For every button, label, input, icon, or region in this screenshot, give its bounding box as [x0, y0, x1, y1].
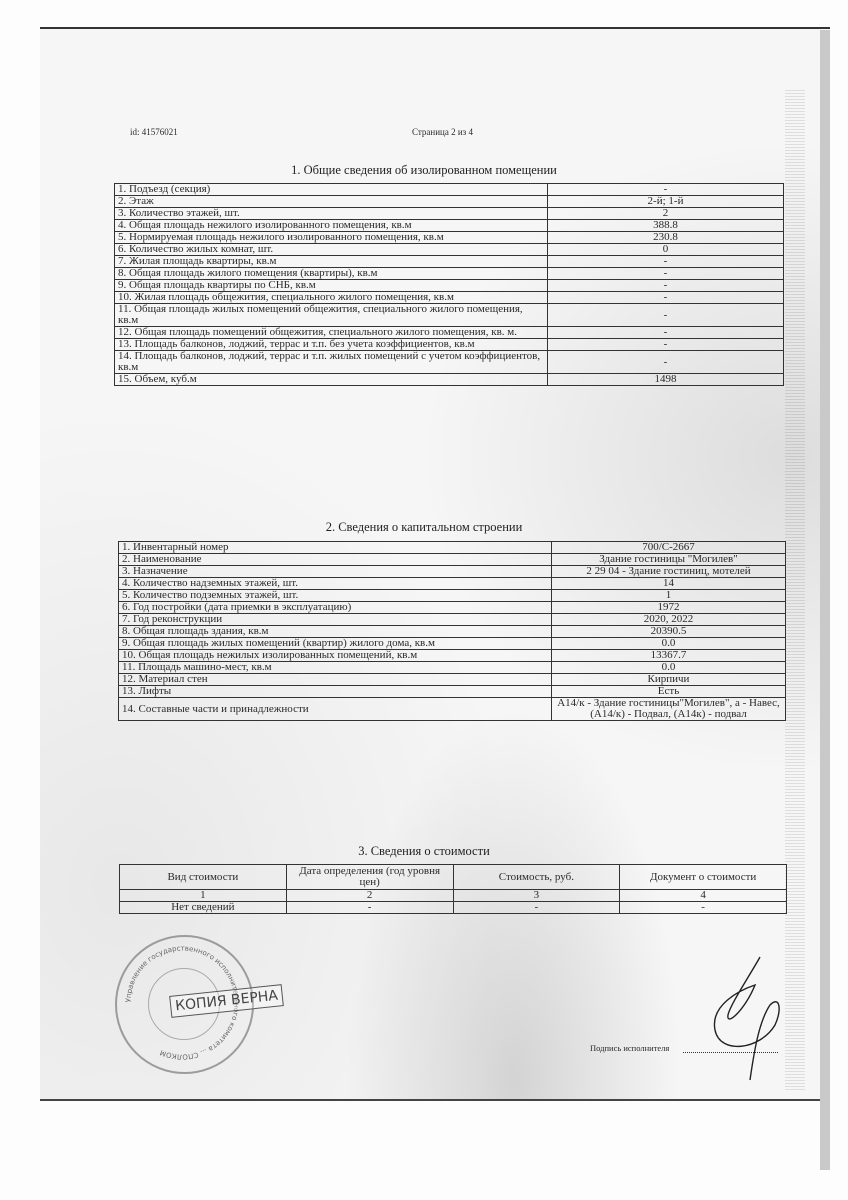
table-row: 3. Количество этажей, шт.2 [115, 208, 784, 220]
table-row: Нет сведений--- [120, 902, 787, 914]
row-label: 5. Количество подземных этажей, шт. [119, 590, 552, 602]
row-label: 11. Площадь машино-мест, кв.м [119, 662, 552, 674]
table-cell: Нет сведений [120, 902, 287, 914]
table-row: 10. Жилая площадь общежития, специальног… [115, 292, 784, 304]
table-row: 1234 [120, 890, 787, 902]
row-label: 4. Общая площадь нежилого изолированного… [115, 220, 548, 232]
row-label: 4. Количество надземных этажей, шт. [119, 578, 552, 590]
row-value: 13367.7 [552, 650, 786, 662]
row-value: 20390.5 [552, 626, 786, 638]
table-row: 1. Инвентарный номер700/С-2667 [119, 542, 786, 554]
row-value: 388.8 [548, 220, 784, 232]
table-row: 8. Общая площадь здания, кв.м20390.5 [119, 626, 786, 638]
table-row: 4. Общая площадь нежилого изолированного… [115, 220, 784, 232]
table-row: 15. Объем, куб.м1498 [115, 374, 784, 386]
table-row: 3. Назначение2 29 04 - Здание гостиниц, … [119, 566, 786, 578]
table-row: 12. Материал стенКирпичи [119, 674, 786, 686]
row-label: 7. Год реконструкции [119, 614, 552, 626]
table-cell: 2 [286, 890, 453, 902]
document-id: id: 41576021 [130, 127, 178, 137]
row-value: 230.8 [548, 232, 784, 244]
row-label: 5. Нормируемая площадь нежилого изолиров… [115, 232, 548, 244]
row-label: 9. Общая площадь жилых помещений (кварти… [119, 638, 552, 650]
table-row: 4. Количество надземных этажей, шт.14 [119, 578, 786, 590]
row-value: Здание гостиницы "Могилев" [552, 554, 786, 566]
row-value: 0.0 [552, 638, 786, 650]
row-value: 2 29 04 - Здание гостиниц, мотелей [552, 566, 786, 578]
row-label: 10. Общая площадь нежилых изолированных … [119, 650, 552, 662]
row-label: 12. Общая площадь помещений общежития, с… [115, 327, 548, 339]
row-label: 13. Лифты [119, 686, 552, 698]
row-value: 1 [552, 590, 786, 602]
table-row: 5. Количество подземных этажей, шт.1 [119, 590, 786, 602]
column-header: Стоимость, руб. [453, 865, 620, 890]
row-value: Кирпичи [552, 674, 786, 686]
isolated-premises-table: 1. Подъезд (секция)-2. Этаж2-й; 1-й3. Ко… [114, 183, 784, 386]
row-label: 12. Материал стен [119, 674, 552, 686]
table-row: 1. Подъезд (секция)- [115, 184, 784, 196]
row-label: 3. Количество этажей, шт. [115, 208, 548, 220]
row-value: 700/С-2667 [552, 542, 786, 554]
row-label: 8. Общая площадь здания, кв.м [119, 626, 552, 638]
table-row: 7. Жилая площадь квартиры, кв.м- [115, 256, 784, 268]
row-value: - [548, 304, 784, 327]
row-label: 13. Площадь балконов, лоджий, террас и т… [115, 339, 548, 351]
table-row: 5. Нормируемая площадь нежилого изолиров… [115, 232, 784, 244]
row-label: 2. Этаж [115, 196, 548, 208]
row-value: - [548, 351, 784, 374]
table-cell: - [620, 902, 787, 914]
signature-mark [700, 955, 790, 1085]
row-value: - [548, 339, 784, 351]
table-row: 14. Составные части и принадлежностиА14/… [119, 698, 786, 721]
row-label: 10. Жилая площадь общежития, специальног… [115, 292, 548, 304]
table-row: 2. Этаж2-й; 1-й [115, 196, 784, 208]
row-label: 6. Количество жилых комнат, шт. [115, 244, 548, 256]
section-3-title: 3. Сведения о стоимости [0, 844, 848, 859]
section-2-title: 2. Сведения о капитальном строении [0, 520, 848, 535]
row-value: А14/к - Здание гостиницы"Могилев", а - Н… [552, 698, 786, 721]
section-1-title: 1. Общие сведения об изолированном помещ… [0, 163, 848, 178]
row-value: 2 [548, 208, 784, 220]
row-value: - [548, 327, 784, 339]
row-value: 2-й; 1-й [548, 196, 784, 208]
row-value: 1972 [552, 602, 786, 614]
table-cell: 1 [120, 890, 287, 902]
table-row: 12. Общая площадь помещений общежития, с… [115, 327, 784, 339]
signature-line [683, 1052, 778, 1053]
row-label: 11. Общая площадь жилых помещений общежи… [115, 304, 548, 327]
row-label: 14. Площадь балконов, лоджий, террас и т… [115, 351, 548, 374]
row-value: Есть [552, 686, 786, 698]
table-row: 6. Год постройки (дата приемки в эксплуа… [119, 602, 786, 614]
table-row: 9. Общая площадь квартиры по СНБ, кв.м- [115, 280, 784, 292]
table-row: 11. Площадь машино-мест, кв.м0.0 [119, 662, 786, 674]
row-label: 1. Подъезд (секция) [115, 184, 548, 196]
page-edge [820, 30, 830, 1170]
row-label: 3. Назначение [119, 566, 552, 578]
table-row: 6. Количество жилых комнат, шт.0 [115, 244, 784, 256]
row-value: 2020, 2022 [552, 614, 786, 626]
row-value: - [548, 256, 784, 268]
table-row: 8. Общая площадь жилого помещения (кварт… [115, 268, 784, 280]
row-value: 0 [548, 244, 784, 256]
row-value: - [548, 268, 784, 280]
table-row: 11. Общая площадь жилых помещений общежи… [115, 304, 784, 327]
row-value: - [548, 280, 784, 292]
table-row: 9. Общая площадь жилых помещений (кварти… [119, 638, 786, 650]
table-row: 13. Площадь балконов, лоджий, террас и т… [115, 339, 784, 351]
signature-label: Подпись исполнителя [590, 1043, 669, 1053]
row-label: 15. Объем, куб.м [115, 374, 548, 386]
table-cell: 4 [620, 890, 787, 902]
table-row: 2. НаименованиеЗдание гостиницы "Могилев… [119, 554, 786, 566]
row-label: 8. Общая площадь жилого помещения (кварт… [115, 268, 548, 280]
scan-noise-strip [785, 90, 805, 1090]
row-label: 6. Год постройки (дата приемки в эксплуа… [119, 602, 552, 614]
column-header: Вид стоимости [120, 865, 287, 890]
row-value: - [548, 292, 784, 304]
cost-table: Вид стоимостиДата определения (год уровн… [119, 864, 787, 914]
table-cell: - [453, 902, 620, 914]
row-label: 14. Составные части и принадлежности [119, 698, 552, 721]
table-cell: - [286, 902, 453, 914]
table-row: 7. Год реконструкции2020, 2022 [119, 614, 786, 626]
row-value: 0.0 [552, 662, 786, 674]
table-row: 14. Площадь балконов, лоджий, террас и т… [115, 351, 784, 374]
column-header: Документ о стоимости [620, 865, 787, 890]
capital-building-table: 1. Инвентарный номер700/С-26672. Наимено… [118, 541, 786, 721]
page-number: Страница 2 из 4 [412, 127, 473, 137]
row-label: 1. Инвентарный номер [119, 542, 552, 554]
row-label: 2. Наименование [119, 554, 552, 566]
table-row: 10. Общая площадь нежилых изолированных … [119, 650, 786, 662]
column-header: Дата определения (год уровня цен) [286, 865, 453, 890]
row-value: 14 [552, 578, 786, 590]
row-value: - [548, 184, 784, 196]
table-row: 13. ЛифтыЕсть [119, 686, 786, 698]
table-cell: 3 [453, 890, 620, 902]
row-label: 9. Общая площадь квартиры по СНБ, кв.м [115, 280, 548, 292]
row-label: 7. Жилая площадь квартиры, кв.м [115, 256, 548, 268]
row-value: 1498 [548, 374, 784, 386]
